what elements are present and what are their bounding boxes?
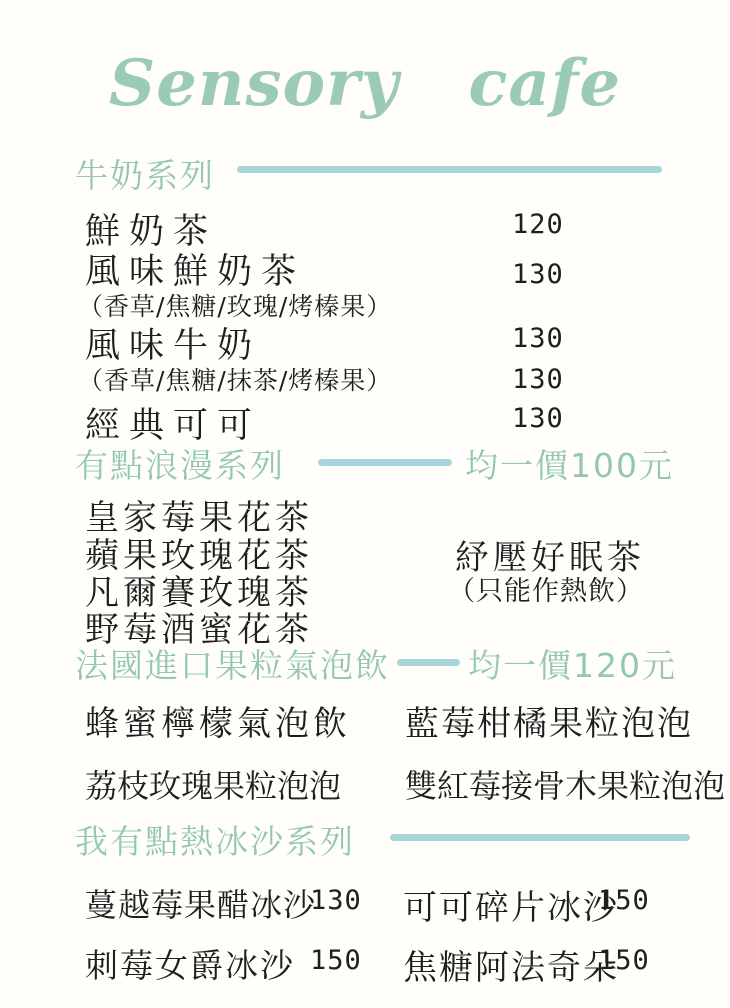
section-heading-smoothie: 我有點熱冰沙系列 [75, 816, 355, 863]
section-divider-line [397, 659, 460, 666]
section-divider-line [390, 834, 690, 841]
cafe-title: Sensory cafe [0, 46, 730, 121]
uniform-price-label: 均一價120元 [468, 640, 677, 687]
menu-item-name: 荔枝玫瑰果粒泡泡 [85, 761, 341, 807]
menu-item-name: 焦糖阿法奇朵 [403, 940, 619, 989]
menu-item-name: 蔓越莓果醋冰沙 [85, 880, 316, 926]
menu-item-price: 150 [598, 945, 650, 976]
section-divider-line [237, 166, 662, 173]
menu-item-name: 可可碎片冰沙 [403, 880, 619, 929]
section-heading-milk: 牛奶系列 [75, 150, 215, 197]
section-heading-sparkling: 法國進口果粒氣泡飲 [75, 640, 390, 687]
section-divider-line [318, 459, 452, 466]
cafe-menu-page: Sensory cafe 牛奶系列 鮮奶茶 120 風味鮮奶茶 130 （香草/… [0, 0, 730, 1008]
menu-item-price: 130 [310, 885, 362, 916]
menu-item-price: 130 [512, 364, 564, 395]
menu-item-price: 130 [512, 323, 564, 354]
section-heading-romantic: 有點浪漫系列 [75, 440, 285, 487]
menu-item-price: 150 [310, 945, 362, 976]
menu-item-name: 蜂蜜檸檬氣泡飲 [85, 696, 351, 745]
uniform-price-label: 均一價100元 [465, 440, 674, 487]
menu-item-serving-note: （只能作熱飲） [448, 569, 644, 608]
menu-item-price: 130 [512, 403, 564, 434]
menu-item-price: 130 [512, 259, 564, 290]
menu-item-name: 藍莓柑橘果粒泡泡 [405, 696, 693, 745]
menu-item-name: 刺莓女爵冰沙 [85, 940, 295, 987]
menu-item-name: 雙紅莓接骨木果粒泡泡 [405, 761, 725, 807]
menu-item-price: 120 [512, 209, 564, 240]
menu-item-price: 150 [598, 885, 650, 916]
menu-item-flavor-note: （香草/焦糖/抹茶/烤榛果） [78, 361, 392, 397]
